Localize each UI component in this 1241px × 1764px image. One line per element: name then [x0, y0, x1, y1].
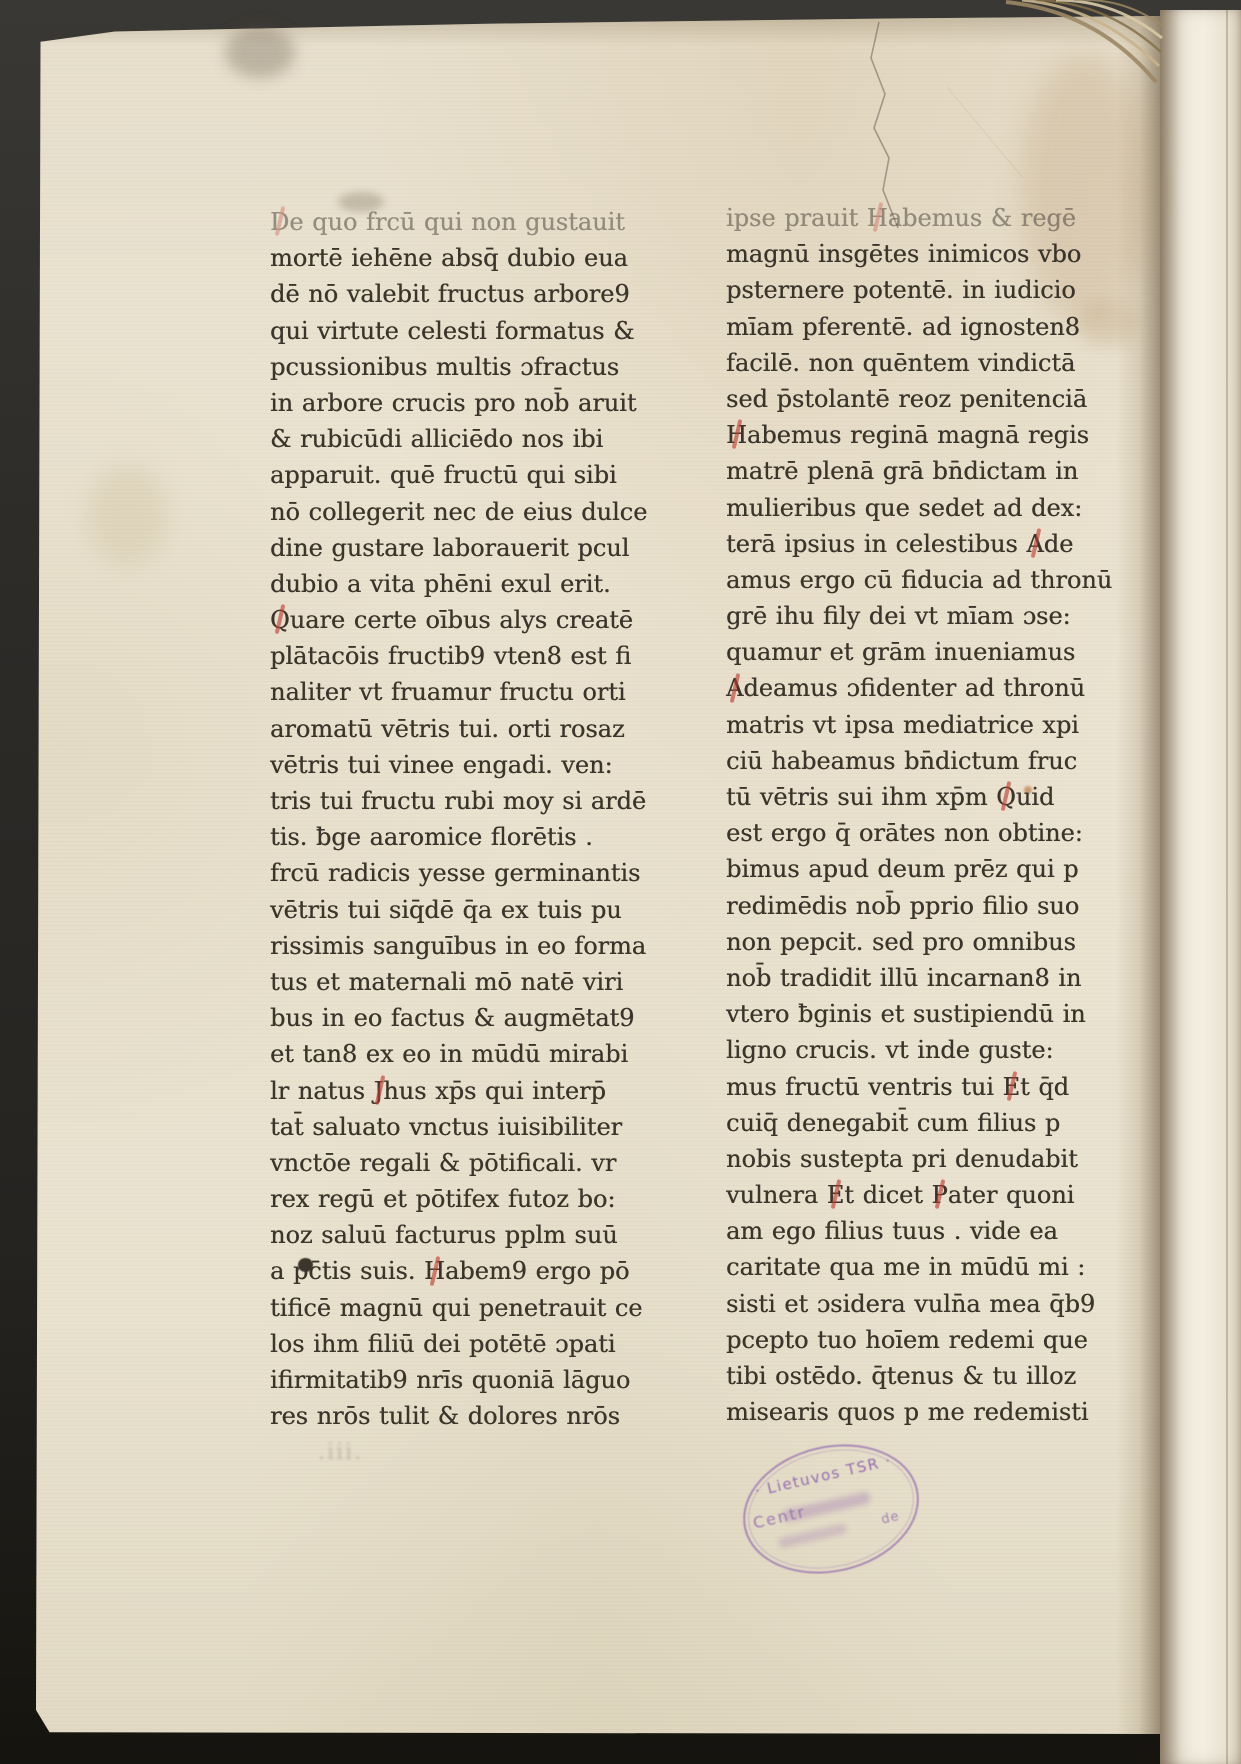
page-top-shadow — [36, 16, 1162, 46]
rubricated-initial: J — [374, 1077, 384, 1105]
text-line: mīam pferentē. ad ignosten8 — [726, 309, 1111, 345]
text-line: amus ergo cū fiducia ad thronū — [726, 562, 1111, 598]
text-line: apparuit. quē fructū qui sibi — [270, 457, 655, 493]
text-line: sisti et ɔsidera vuln̄a mea q̄b9 — [726, 1286, 1111, 1322]
text-line: vētris tui siq̄dē q̄a ex tuis pu — [270, 892, 655, 928]
text-line: ligno crucis. vt inde guste: — [726, 1032, 1111, 1068]
text-line: vnctōe regali & pōtificali. vr — [270, 1145, 655, 1181]
text-line: am ego filius tuus . vide ea — [726, 1213, 1111, 1249]
text-line: ifirmitatib9 nrīs quoniā lāguo — [270, 1362, 655, 1398]
text-line: magnū insgētes inimicos vbo — [726, 236, 1111, 272]
text-line: vtero ƀginis et sustipiendū in — [726, 996, 1111, 1032]
text-line: Adeamus ɔfidenter ad thronū — [726, 670, 1111, 706]
text-line: tū vētris sui ihm xp̄m Quid — [726, 779, 1111, 815]
text-line: psternere potentē. in iudicio — [726, 272, 1111, 308]
rubricated-initial: D — [270, 208, 289, 236]
text-column-right: ipse prauit Habemus & regēmagnū insgētes… — [726, 200, 1111, 1430]
text-line: terā ipsius in celestibus Ade — [726, 526, 1111, 562]
text-line: ciū habeamus bn̄dictum fruc — [726, 743, 1111, 779]
text-line: nō collegerit nec de eius dulce — [270, 494, 655, 530]
text-line: caritate qua me in mūdū mi : — [726, 1249, 1111, 1285]
show-through-mark: .iii. — [318, 1440, 363, 1465]
text-line: & rubicūdi alliciēdo nos ibi — [270, 421, 655, 457]
text-line: grē ihu fily dei vt mīam ɔse: — [726, 598, 1111, 634]
text-line: sed p̄stolantē reoz penitenciā — [726, 381, 1111, 417]
text-line: nob̄ tradidit illū incarnan8 in — [726, 960, 1111, 996]
text-line: noz saluū facturus pplm suū — [270, 1217, 655, 1253]
text-line: a pc̄tis suis. Habem9 ergo pō — [270, 1253, 655, 1289]
next-page-edge — [1160, 10, 1241, 1764]
rubricated-initial: P — [932, 1181, 948, 1209]
text-line: mortē iehēne absq̄ dubio eua — [270, 240, 655, 276]
text-line: mus fructū ventris tui Et q̄d — [726, 1069, 1111, 1105]
text-line: dubio a vita phēni exul erit. — [270, 566, 655, 602]
rubricated-initial: A — [1026, 530, 1043, 558]
leaf-edge-line — [1226, 10, 1228, 1764]
text-line: aromatū vētris tui. orti rosaz — [270, 711, 655, 747]
rubricated-initial: Q — [270, 606, 290, 634]
rubricated-initial: A — [726, 674, 743, 702]
text-line: De quo frcū qui non gustauit — [270, 204, 655, 240]
text-line: tis. ƀge aaromice florētis . — [270, 819, 655, 855]
text-line: rissimis sanguībus in eo forma — [270, 928, 655, 964]
text-column-left: De quo frcū qui non gustauitmortē iehēne… — [270, 204, 655, 1434]
text-line: dine gustare laborauerit pcul — [270, 530, 655, 566]
text-line: bimus apud deum prēz qui p — [726, 851, 1111, 887]
text-line: lr natus Jhus xp̄s qui interp̄ — [270, 1073, 655, 1109]
text-line: dē nō valebit fructus arbore9 — [270, 276, 655, 312]
text-line: bus in eo factus & augmētat9 — [270, 1000, 655, 1036]
text-line: matrē plenā grā bn̄dictam in — [726, 453, 1111, 489]
text-line: non pepcit. sed pro omnibus — [726, 924, 1111, 960]
text-line: tus et maternali mō natē viri — [270, 964, 655, 1000]
rubricated-initial: E — [827, 1181, 845, 1209]
gutter-fold-shadow — [1116, 16, 1162, 1734]
text-line: Habemus reginā magnā regis — [726, 417, 1111, 453]
rubricated-initial: E — [1003, 1073, 1021, 1101]
text-line: rex regū et pōtifex futoz bo: — [270, 1181, 655, 1217]
text-line: misearis quos p me redemisti — [726, 1394, 1111, 1430]
text-line: redimēdis nob̄ pprio filio suo — [726, 888, 1111, 924]
text-line: cuiq̄ denegabit̄ cum filius p — [726, 1105, 1111, 1141]
text-line: vulnera Et dicet Pater quoni — [726, 1177, 1111, 1213]
text-line: naliter vt fruamur fructu orti — [270, 674, 655, 710]
text-line: pcepto tuo hoīem redemi que — [726, 1322, 1111, 1358]
text-line: qui virtute celesti formatus & — [270, 313, 655, 349]
rubricated-initial: H — [726, 421, 747, 449]
rubricated-initial: Q — [996, 783, 1016, 811]
text-line: matris vt ipsa mediatrice xpi — [726, 707, 1111, 743]
text-line: est ergo q̄ orātes non obtine: — [726, 815, 1111, 851]
text-line: tibi ostēdo. q̄tenus & tu illoz — [726, 1358, 1111, 1394]
text-line: pcussionibus multis ɔfractus — [270, 349, 655, 385]
text-line: ipse prauit Habemus & regē — [726, 200, 1111, 236]
text-line: mulieribus que sedet ad dex: — [726, 490, 1111, 526]
text-line: tris tui fructu rubi moy si ardē — [270, 783, 655, 819]
text-line: los ihm filiū dei potētē ɔpati — [270, 1326, 655, 1362]
page-curl — [1002, 0, 1166, 88]
text-line: res nrōs tulit & dolores nrōs — [270, 1398, 655, 1434]
text-line: in arbore crucis pro nob̄ aruit — [270, 385, 655, 421]
text-line: tificē magnū qui penetrauit ce — [270, 1290, 655, 1326]
text-line: plātacōis fructib9 vten8 est fi — [270, 638, 655, 674]
text-line: vētris tui vinee engadi. ven: — [270, 747, 655, 783]
text-line: quamur et grām inueniamus — [726, 634, 1111, 670]
scan-background: De quo frcū qui non gustauitmortē iehēne… — [0, 0, 1241, 1764]
text-line: tat̄ saluato vnctus iuisibiliter — [270, 1109, 655, 1145]
text-line: facilē. non quēntem vindictā — [726, 345, 1111, 381]
text-line: frcū radicis yesse germinantis — [270, 855, 655, 891]
rubricated-initial: H — [424, 1257, 445, 1285]
rubricated-initial: H — [867, 204, 888, 232]
text-line: nobis sustepta pri denudabit — [726, 1141, 1111, 1177]
text-line: Quare certe oībus alys creatē — [270, 602, 655, 638]
text-line: et tan8 ex eo in mūdū mirabi — [270, 1036, 655, 1072]
